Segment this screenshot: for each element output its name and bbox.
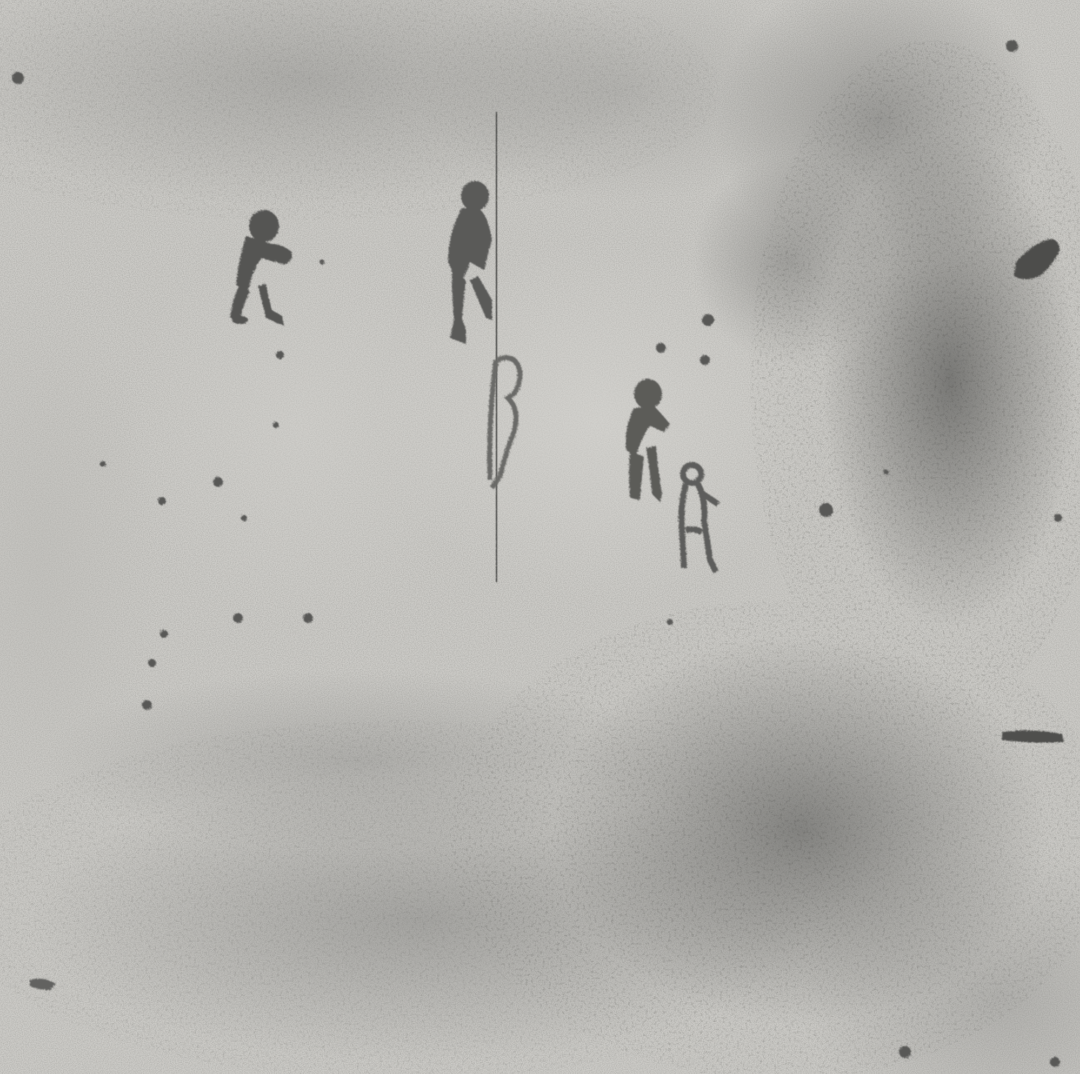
figure-1-crouching — [230, 210, 292, 326]
figure-3-faint — [490, 358, 520, 488]
ink-blot-bottom-left — [30, 979, 56, 990]
figure-4-standing — [626, 379, 670, 502]
figure-2-climbing — [448, 181, 492, 344]
ink-blot-right — [1014, 239, 1060, 279]
ink-dash-right — [1002, 730, 1064, 742]
figure-5-standing — [682, 465, 719, 572]
figures-layer — [0, 0, 1080, 1074]
artwork-print — [0, 0, 1080, 1074]
pole — [496, 112, 497, 582]
scattered-dots — [12, 40, 1062, 1067]
